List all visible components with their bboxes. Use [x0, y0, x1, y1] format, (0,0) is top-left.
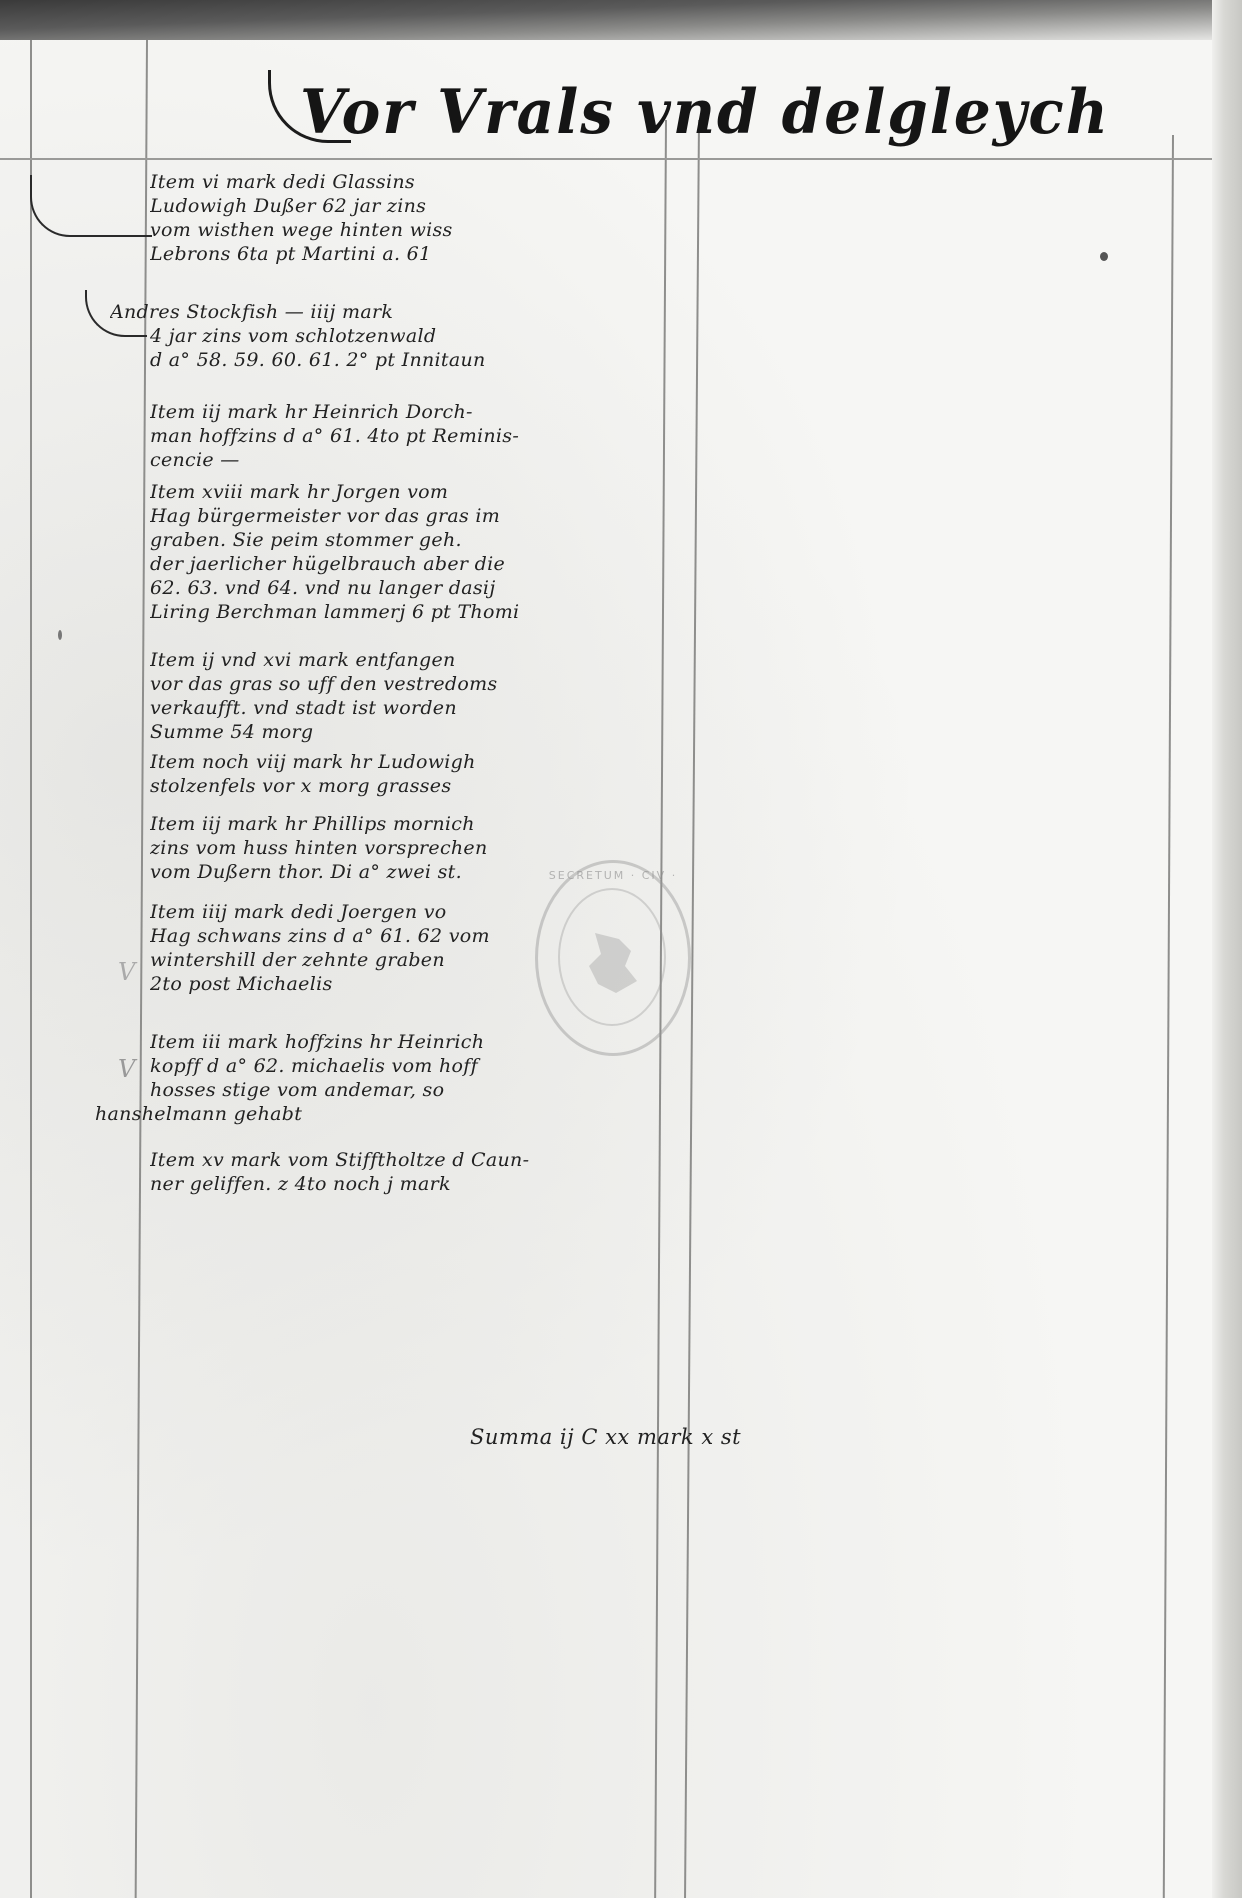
margin-check-mark: V — [118, 1055, 135, 1083]
city-seal-stamp: SECRETUM · CIV · — [535, 860, 691, 1056]
entry-line: Item iij mark hr Phillips mornich — [150, 812, 690, 836]
entry-line: Item ij vnd xvi mark entfangen — [150, 648, 690, 672]
entry-line: cencie — — [150, 448, 690, 472]
rule-top — [0, 158, 1212, 160]
page-right-edge — [1212, 0, 1242, 1898]
entry-line: Item iij mark hr Heinrich Dorch- — [150, 400, 690, 424]
entry-line: Summe 54 morg — [150, 720, 690, 744]
entry-line: zins vom huss hinten vorsprechen — [150, 836, 690, 860]
entry-line: der jaerlicher hügelbrauch aber die — [150, 552, 690, 576]
summa-total: Summa ij C xx mark x st — [470, 1425, 741, 1449]
rule-outer-left — [30, 40, 32, 1898]
ledger-entry: Item noch viij mark hr Ludowigh stolzenf… — [150, 750, 690, 798]
entry-line: hosses stige vom andemar, so — [150, 1078, 690, 1102]
entry-line: stolzenfels vor x morg grasses — [150, 774, 690, 798]
entry-line: 62. 63. vnd 64. vnd nu langer dasij — [150, 576, 690, 600]
entry-line: vom wisthen wege hinten wiss — [150, 218, 690, 242]
entry-line: d a° 58. 59. 60. 61. 2° pt Innitaun — [110, 348, 650, 372]
entry-line: graben. Sie peim stommer geh. — [150, 528, 690, 552]
entry-line: Lebrons 6ta pt Martini a. 61 — [150, 242, 690, 266]
ledger-entry: Item vi mark dedi Glassins Ludowigh Duße… — [150, 170, 690, 266]
ledger-entry: Item ij vnd xvi mark entfangen vor das g… — [150, 648, 690, 744]
ink-spot — [1100, 252, 1108, 261]
entry-line: Liring Berchman lammerj 6 pt Thomi — [150, 600, 690, 624]
margin-check-mark: V — [118, 958, 135, 986]
ledger-entry: Andres Stockfish — iiij mark 4 jar zins … — [110, 300, 650, 372]
entry-line: Item xv mark vom Stifftholtze d Caun- — [150, 1148, 690, 1172]
ledger-entry: Item iij mark hr Heinrich Dorch- man hof… — [150, 400, 690, 472]
entry-line: ner geliffen. z 4to noch j mark — [150, 1172, 690, 1196]
entry-flourish — [30, 175, 152, 237]
page-top-edge — [0, 0, 1242, 40]
ink-spot — [58, 630, 62, 640]
entry-line: hanshelmann gehabt — [95, 1102, 690, 1126]
entry-line: 4 jar zins vom schlotzenwald — [110, 324, 650, 348]
entry-line: verkaufft. vnd stadt ist worden — [150, 696, 690, 720]
ledger-entry: Item xviii mark hr Jorgen vom Hag bürger… — [150, 480, 690, 624]
entry-line: Item noch viij mark hr Ludowigh — [150, 750, 690, 774]
entry-line: vor das gras so uff den vestredoms — [150, 672, 690, 696]
rule-column-2 — [684, 120, 699, 1898]
page-heading: Vor Vrals vnd delgleych — [300, 76, 1110, 147]
entry-line: Ludowigh Dußer 62 jar zins — [150, 194, 690, 218]
entry-line: Item xviii mark hr Jorgen vom — [150, 480, 690, 504]
manuscript-page: Vor Vrals vnd delgleych Item vi mark ded… — [0, 0, 1242, 1898]
entry-line: kopff d a° 62. michaelis vom hoff — [150, 1054, 690, 1078]
entry-line: Andres Stockfish — iiij mark — [110, 300, 650, 324]
rule-right — [1163, 135, 1174, 1898]
entry-line: Item vi mark dedi Glassins — [150, 170, 690, 194]
entry-line: man hoffzins d a° 61. 4to pt Reminis- — [150, 424, 690, 448]
seal-inscription: SECRETUM · CIV · — [538, 869, 688, 882]
ledger-entry: Item xv mark vom Stifftholtze d Caun- ne… — [150, 1148, 690, 1196]
entry-line: Hag bürgermeister vor das gras im — [150, 504, 690, 528]
